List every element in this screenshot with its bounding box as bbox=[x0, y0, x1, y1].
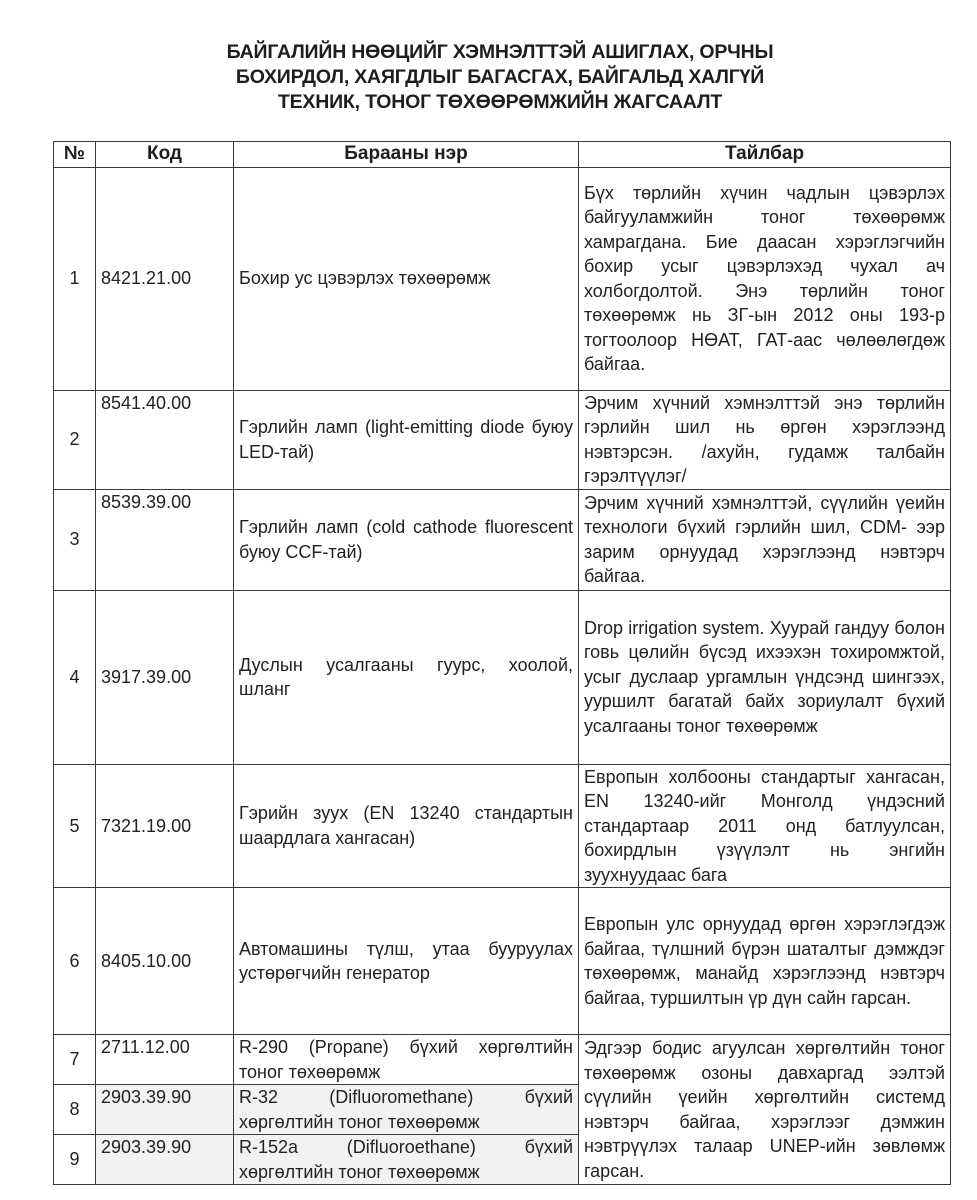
table-row: 2 8541.40.00 Гэрлийн ламп (light-emittin… bbox=[54, 390, 951, 489]
row-description: Эрчим хүчний хэмнэлттэй, сүүлийн үеийн т… bbox=[579, 489, 951, 590]
header-code: Код bbox=[96, 142, 234, 168]
row-code: 7321.19.00 bbox=[96, 764, 234, 888]
header-description: Тайлбар bbox=[579, 142, 951, 168]
row-code: 2903.39.90 bbox=[96, 1085, 234, 1135]
row-description: Европын улс орнуудад өргөн хэрэглэгдэж б… bbox=[579, 888, 951, 1035]
row-name: Гэрлийн ламп (light-emitting diode буюу … bbox=[234, 390, 579, 489]
row-description: Эрчим хүчний хэмнэлттэй энэ төрлийн гэрл… bbox=[579, 390, 951, 489]
row-name: R-152a (Difluoroethane) бүхий хөргөлтийн… bbox=[234, 1135, 579, 1185]
row-code: 2711.12.00 bbox=[96, 1035, 234, 1085]
row-number: 8 bbox=[54, 1085, 96, 1135]
row-name: Гэрлийн ламп (cold cathode fluorescent б… bbox=[234, 489, 579, 590]
table-row: 6 8405.10.00 Автомашины түлш, утаа бууру… bbox=[54, 888, 951, 1035]
title-line-3: ТЕХНИК, ТОНОГ ТӨХӨӨРӨМЖИЙН ЖАГСААЛТ bbox=[160, 90, 840, 115]
row-code: 2903.39.90 bbox=[96, 1135, 234, 1185]
row-name: Гэрийн зуух (EN 13240 стандартын шаардла… bbox=[234, 764, 579, 888]
row-number: 7 bbox=[54, 1035, 96, 1085]
header-name: Барааны нэр bbox=[234, 142, 579, 168]
row-number: 2 bbox=[54, 390, 96, 489]
row-code: 8405.10.00 bbox=[96, 888, 234, 1035]
header-no: № bbox=[54, 142, 96, 168]
row-number: 4 bbox=[54, 590, 96, 764]
row-code: 8539.39.00 bbox=[96, 489, 234, 590]
table-header-row: № Код Барааны нэр Тайлбар bbox=[54, 142, 951, 168]
title-line-2: БОХИРДОЛ, ХАЯГДЛЫГ БАГАСГАХ, БАЙГАЛЬД ХА… bbox=[160, 65, 840, 90]
row-name: R-290 (Propane) бүхий хөргөлтийн тоног т… bbox=[234, 1035, 579, 1085]
row-code: 3917.39.00 bbox=[96, 590, 234, 764]
row-description: Эдгээр бодис агуулсан хөргөлтийн тоног т… bbox=[579, 1035, 951, 1185]
title-line-1: БАЙГАЛИЙН НӨӨЦИЙГ ХЭМНЭЛТТЭЙ АШИГЛАХ, ОР… bbox=[160, 40, 840, 65]
row-number: 5 bbox=[54, 764, 96, 888]
row-description: Бүх төрлийн хүчин чадлын цэвэрлэх байгуу… bbox=[579, 167, 951, 390]
row-number: 6 bbox=[54, 888, 96, 1035]
table-row: 3 8539.39.00 Гэрлийн ламп (cold cathode … bbox=[54, 489, 951, 590]
page-title: БАЙГАЛИЙН НӨӨЦИЙГ ХЭМНЭЛТТЭЙ АШИГЛАХ, ОР… bbox=[160, 40, 840, 115]
table-row: 4 3917.39.00 Дуслын усалгааны гуурс, хоо… bbox=[54, 590, 951, 764]
row-description: Drop irrigation system. Хуурай гандуу бо… bbox=[579, 590, 951, 764]
row-name: Бохир ус цэвэрлэх төхөөрөмж bbox=[234, 167, 579, 390]
row-name: R-32 (Difluoromethane) бүхий хөргөлтийн … bbox=[234, 1085, 579, 1135]
goods-table: № Код Барааны нэр Тайлбар 1 8421.21.00 Б… bbox=[53, 141, 951, 1185]
table-row: 7 2711.12.00 R-290 (Propane) бүхий хөргө… bbox=[54, 1035, 951, 1085]
table-row: 5 7321.19.00 Гэрийн зуух (EN 13240 станд… bbox=[54, 764, 951, 888]
row-number: 1 bbox=[54, 167, 96, 390]
row-name: Автомашины түлш, утаа бууруулах устөрөгч… bbox=[234, 888, 579, 1035]
row-number: 3 bbox=[54, 489, 96, 590]
row-name: Дуслын усалгааны гуурс, хоолой, шланг bbox=[234, 590, 579, 764]
table-row: 1 8421.21.00 Бохир ус цэвэрлэх төхөөрөмж… bbox=[54, 167, 951, 390]
row-description: Европын холбооны стандартыг хангасан, EN… bbox=[579, 764, 951, 888]
row-number: 9 bbox=[54, 1135, 96, 1185]
row-code: 8541.40.00 bbox=[96, 390, 234, 489]
row-code: 8421.21.00 bbox=[96, 167, 234, 390]
